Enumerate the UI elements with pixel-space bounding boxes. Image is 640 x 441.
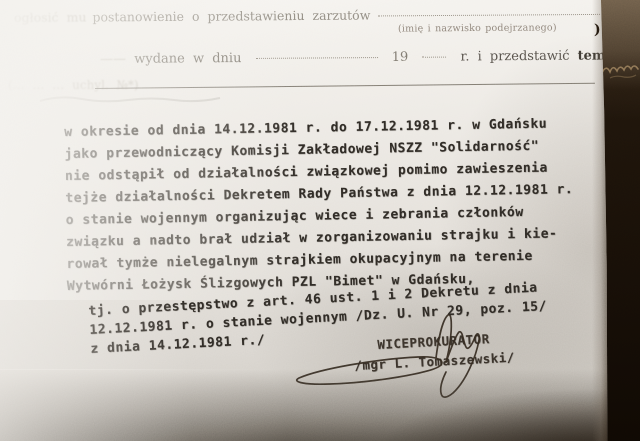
signature-name: /mgr L. Tomaszewski/ (354, 350, 515, 373)
bottom-shadow (0, 369, 640, 441)
form-line-issued-date: —— wydane w dniu 19 r. i przedstawić tem… (100, 48, 615, 67)
form-text-year: 19 (392, 50, 409, 65)
form-text-charges: postanowienie o przedstawieniu zarzutów (92, 8, 370, 25)
form-rule-line (95, 83, 595, 89)
document-paper: ogłosić mupostanowienie o przedstawieniu… (0, 0, 640, 441)
typed-body-text: w okresie od dnia 14.12.1981 r. do 17.12… (64, 113, 575, 298)
photo-of-document: ogłosić mupostanowienie o przedstawieniu… (0, 0, 640, 441)
form-caption-suspect-name: (imię i nazwisko podejrzanego) (398, 22, 557, 34)
form-caption-illegible: (… … … uchyl. №*) (8, 78, 139, 92)
faded-dash: —— (100, 52, 126, 67)
edge-mark: ) (594, 22, 601, 38)
fill-in-line (378, 14, 600, 17)
fill-in-line (422, 57, 446, 58)
fill-in-line (256, 57, 378, 59)
form-text-present-to: r. i przedstawić temu (460, 48, 615, 64)
paper-edge-shadow (592, 0, 608, 441)
form-text-issued: wydane w dniu (134, 51, 241, 67)
faded-form-text: ogłosić mu (14, 9, 87, 25)
